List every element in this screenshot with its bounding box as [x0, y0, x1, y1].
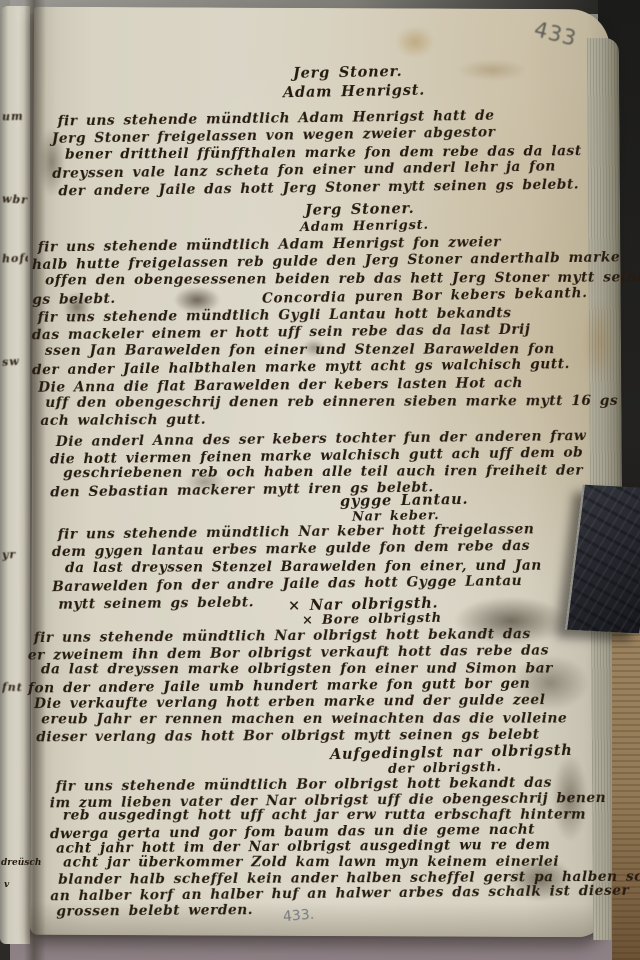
entry-subheading: Adam Henrigst.	[300, 218, 429, 235]
entry-body: fir uns stehende mündtlich Nar olbrigst …	[36, 627, 563, 746]
entry-heading: Jerg Stoner.	[293, 63, 403, 82]
manuscript-photo: umwbrhofdaswyrfnt Jerg Stoner. Adam Henr…	[0, 0, 640, 960]
manuscript-line: ereub Jahr er rennen machen en weinachte…	[41, 710, 567, 728]
manuscript-line: ach walchisch gutt.	[40, 409, 613, 430]
entry-heading: Jerg Stoner.	[305, 200, 415, 219]
entry-body: fir uns stehende mündtlich Adam Henrigst…	[60, 107, 582, 199]
margin-note: dreüsch	[1, 858, 41, 868]
margin-mark: v	[4, 880, 9, 890]
handwriting-layer: Jerg Stoner. Adam Henrigst. fir uns steh…	[0, 0, 640, 960]
folio-number-bottom: 433.	[282, 907, 314, 926]
entry-body: fir uns stehende mündtlich Bor olbrigst …	[58, 775, 640, 919]
entry-body: fir uns stehende mündtlich Gygli Lantau …	[40, 305, 614, 431]
entry-body: Die anderl Anna des ser kebers tochter f…	[58, 429, 592, 500]
entry-subheading: Adam Henrigst.	[283, 82, 425, 101]
entry-heading: gygge Lantau.	[340, 491, 469, 510]
entry-subheading: × Bore olbrigsth	[302, 611, 442, 628]
manuscript-line: grossen belebt werden.	[56, 899, 640, 920]
